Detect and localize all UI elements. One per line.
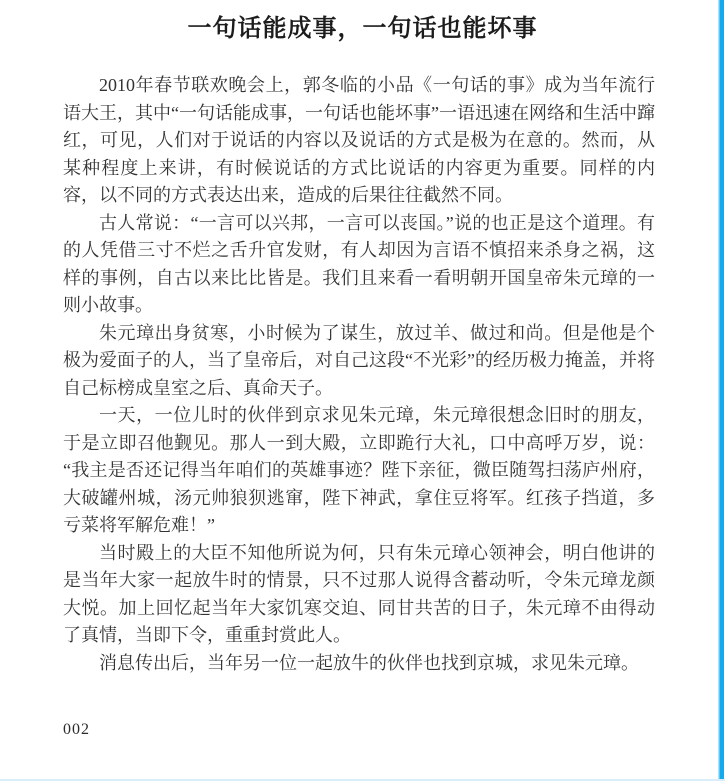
- right-edge-accent-strip: [718, 0, 724, 781]
- body-paragraph: 2010年春节联欢晚会上，郭冬临的小品《一句话的事》成为当年流行语大王，其中“一…: [63, 72, 655, 210]
- book-page: 一句话能成事，一句话也能坏事 2010年春节联欢晚会上，郭冬临的小品《一句话的事…: [0, 0, 725, 781]
- body-paragraph: 一天，一位儿时的伙伴到京求见朱元璋，朱元璋很想念旧时的朋友，于是立即召他觐见。那…: [63, 402, 655, 540]
- page-number: 002: [63, 721, 90, 739]
- body-paragraph: 当时殿上的大臣不知他所说为何，只有朱元璋心领神会，明白他讲的是当年大家一起放牛时…: [63, 540, 655, 650]
- body-paragraph: 古人常说：“一言可以兴邦，一言可以丧国。”说的也正是这个道理。有的人凭借三寸不烂…: [63, 210, 655, 320]
- body-paragraph: 消息传出后，当年另一位一起放牛的伙伴也找到京城，求见朱元璋。: [63, 650, 655, 678]
- body-text: 2010年春节联欢晚会上，郭冬临的小品《一句话的事》成为当年流行语大王，其中“一…: [63, 72, 655, 677]
- body-paragraph: 朱元璋出身贫寒，小时候为了谋生，放过羊、做过和尚。但是他是个极为爱面子的人，当了…: [63, 320, 655, 403]
- chapter-title: 一句话能成事，一句话也能坏事: [0, 0, 725, 45]
